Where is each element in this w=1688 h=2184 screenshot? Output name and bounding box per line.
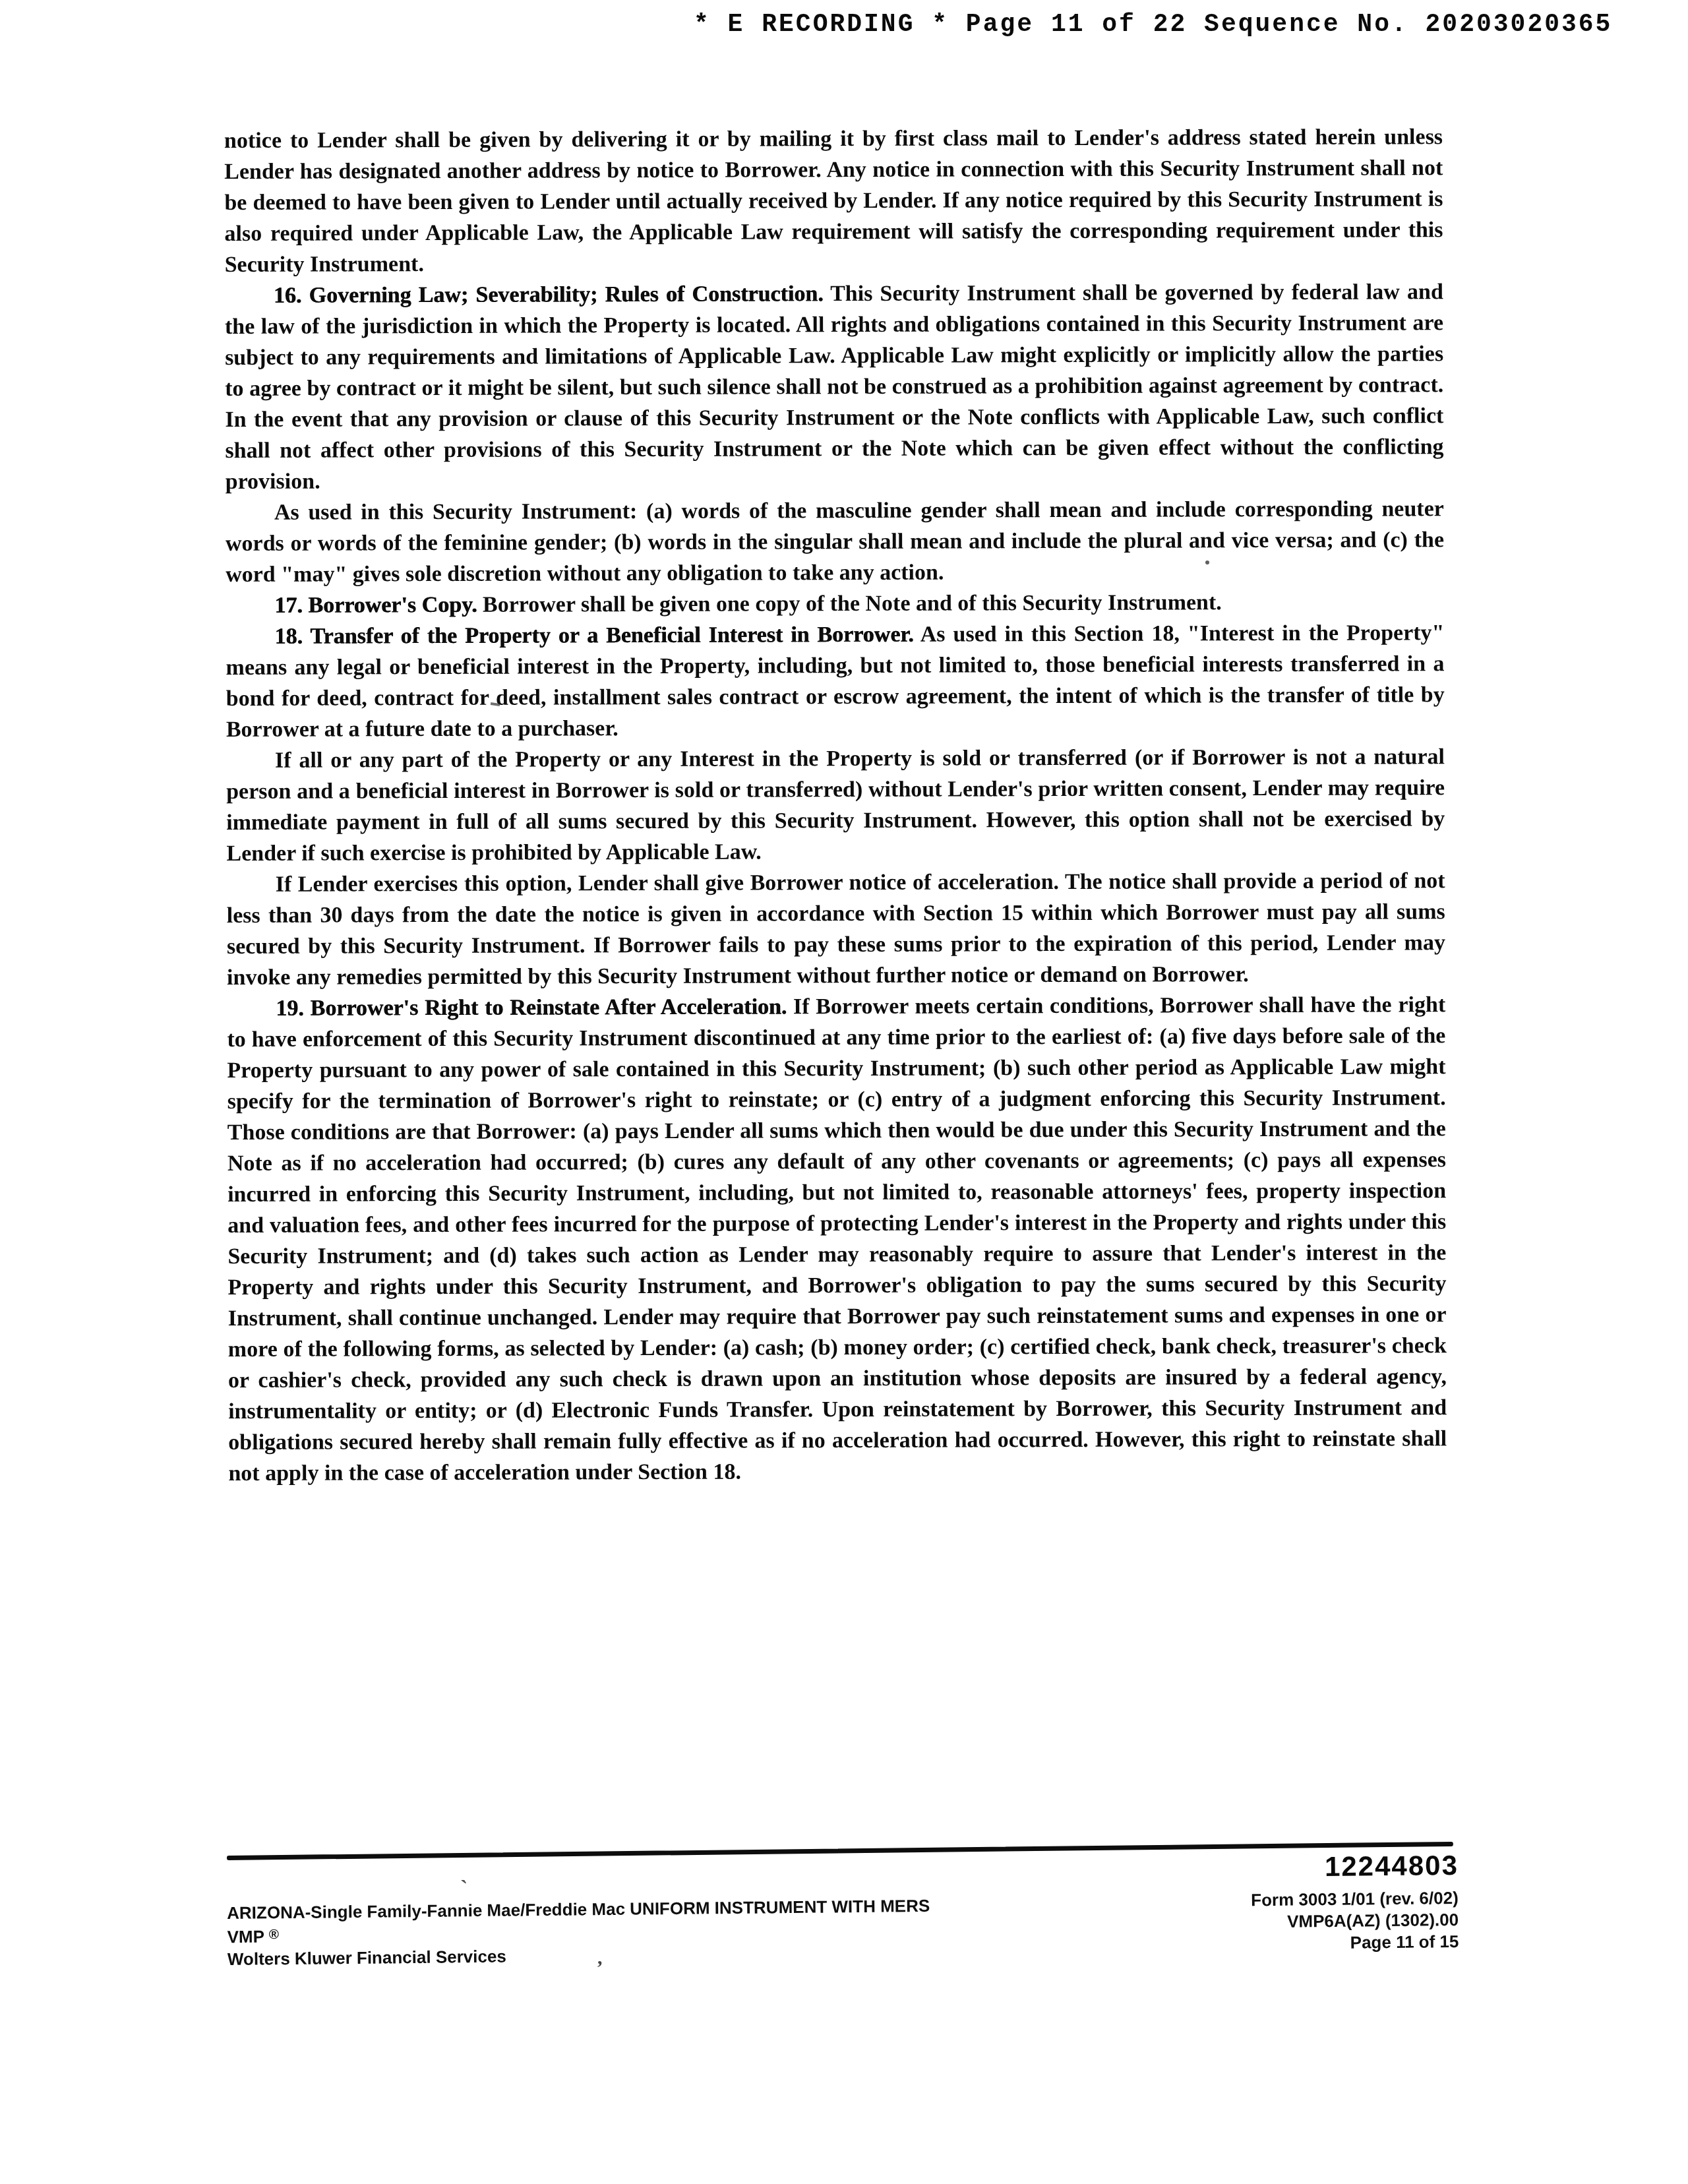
scan-speck bbox=[1205, 561, 1209, 564]
footer-divider-line bbox=[227, 1842, 1453, 1860]
paragraph: 16. Governing Law; Severability; Rules o… bbox=[225, 276, 1444, 497]
footer-vmp-code: VMP6A(AZ) (1302).00 bbox=[1251, 1909, 1459, 1933]
paragraph: 18. Transfer of the Property or a Benefi… bbox=[226, 617, 1445, 745]
paragraph: If all or any part of the Property or an… bbox=[226, 741, 1445, 869]
scan-speck: , bbox=[597, 1947, 603, 1969]
section-heading: 17. Borrower's Copy. bbox=[274, 593, 483, 618]
paragraph: If Lender exercises this option, Lender … bbox=[227, 865, 1446, 993]
paragraph: 19. Borrower's Right to Reinstate After … bbox=[227, 989, 1447, 1489]
section-heading: 18. Transfer of the Property or a Benefi… bbox=[274, 622, 920, 649]
footer-right-block: Form 3003 1/01 (rev. 6/02) VMP6A(AZ) (13… bbox=[1251, 1887, 1459, 1955]
footer-left-block: ARIZONA-Single Family-Fannie Mae/Freddie… bbox=[227, 1895, 930, 1970]
paragraph: As used in this Security Instrument: (a)… bbox=[226, 493, 1444, 590]
paragraph: notice to Lender shall be given by deliv… bbox=[224, 121, 1443, 280]
registered-trademark-icon: ® bbox=[269, 1927, 280, 1942]
footer-vmp-label: VMP bbox=[227, 1927, 264, 1947]
scan-speck: ` bbox=[460, 1877, 467, 1902]
document-body: notice to Lender shall be given by deliv… bbox=[224, 121, 1447, 1489]
footer-page-number: Page 11 of 15 bbox=[1251, 1931, 1459, 1955]
erecording-stamp: * E RECORDING * Page 11 of 22 Sequence N… bbox=[694, 11, 1612, 39]
section-heading: 19. Borrower's Right to Reinstate After … bbox=[276, 994, 793, 1020]
document-page: * E RECORDING * Page 11 of 22 Sequence N… bbox=[0, 0, 1688, 2184]
section-heading: 16. Governing Law; Severability; Rules o… bbox=[274, 282, 830, 308]
loan-number: 12244803 bbox=[1325, 1850, 1459, 1883]
paragraph: 17. Borrower's Copy. Borrower shall be g… bbox=[226, 586, 1444, 621]
footer-form-number: Form 3003 1/01 (rev. 6/02) bbox=[1251, 1887, 1459, 1911]
